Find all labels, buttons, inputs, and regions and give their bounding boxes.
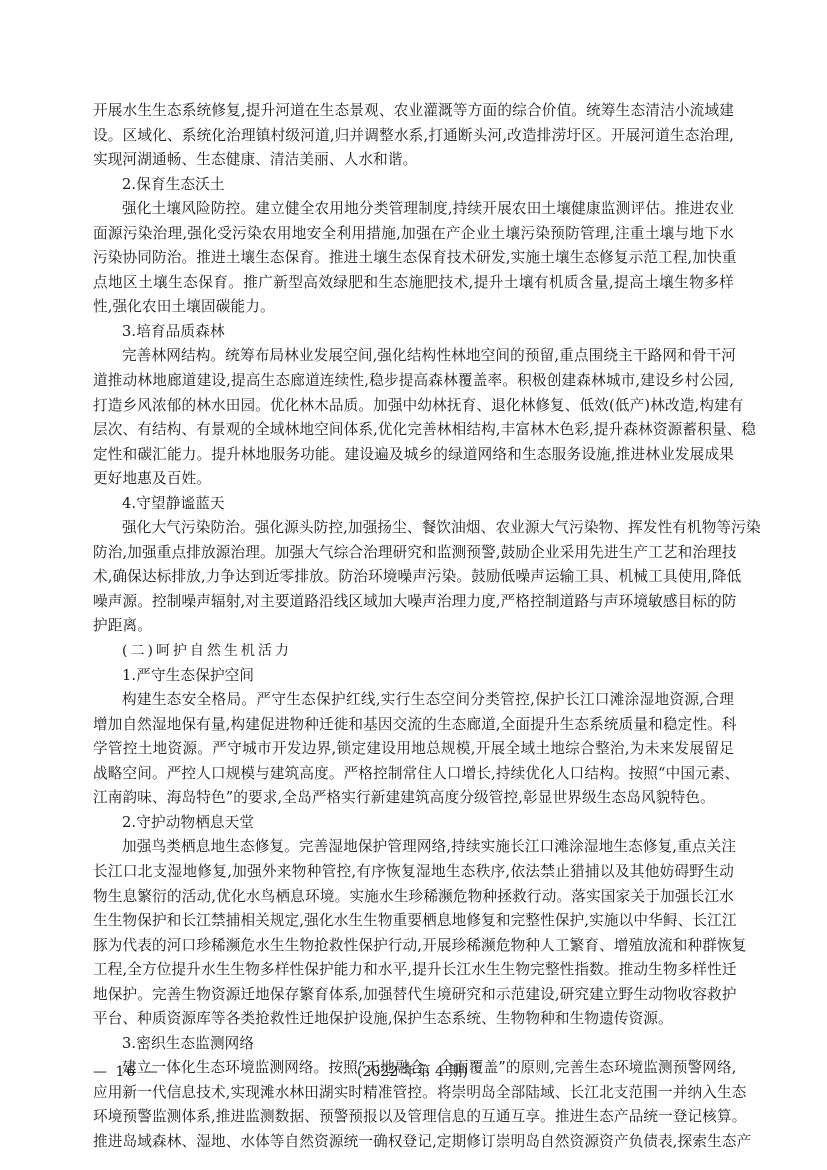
page-footer: — 16 — (2022 年第 4 期): [93, 1061, 734, 1083]
paragraph-line: 完善林网结构。统筹布局林业发展空间,强化结构性林地空间的预留,重点围绕主干路网和…: [93, 344, 734, 369]
paragraph-line: 更好地惠及百姓。: [93, 467, 734, 492]
subsection-heading: 2.守护动物栖息天堂: [93, 811, 734, 836]
subsection-heading: 4.守望静谧蓝天: [93, 492, 734, 517]
paragraph-line: 护距离。: [93, 614, 734, 639]
paragraph-line: 增加自然湿地保有量,构建促进物种迁徙和基因交流的生态廊道,全面提升生态系统质量和…: [93, 713, 734, 738]
paragraph-line: 学管控土地资源。严守城市开发边界,锁定建设用地总规模,开展全域土地综合整治,为未…: [93, 737, 734, 762]
paragraph-line: 噪声源。控制噪声辐射,对主要道路沿线区域加大噪声治理力度,严格控制道路与声环境敏…: [93, 590, 734, 615]
paragraph-line: 长江口北支湿地修复,加强外来物种管控,有序恢复湿地生态秩序,依法禁止猎捕以及其他…: [93, 860, 734, 885]
paragraph-line: 实现河湖通畅、生态健康、清洁美丽、人水和谐。: [93, 148, 734, 173]
paragraph-line: 生生物保护和长江禁捕相关规定,强化水生生物重要栖息地修复和完整性保护,实施以中华…: [93, 909, 734, 934]
subsection-heading: 2.保育生态沃土: [93, 173, 734, 198]
paragraph-line: 防治,加强重点排放源治理。加强大气综合治理研究和监测预警,鼓励企业采用先进生产工…: [93, 541, 734, 566]
document-body: 开展水生生态系统修复,提升河道在生态景观、农业灌溉等方面的综合价值。统筹生态清洁…: [93, 99, 734, 1155]
paragraph-line: 环境预警监测体系,推进监测数据、预警预报以及管理信息的互通互享。推进生态产品统一…: [93, 1105, 734, 1130]
paragraph-line: 工程,全方位提升水生生物多样性保护能力和水平,提升长江水生生物完整性指数。推动生…: [93, 958, 734, 983]
paragraph-line: 层次、有结构、有景观的全域林地空间体系,优化完善林相结构,丰富林木色彩,提升森林…: [93, 418, 734, 443]
paragraph-line: 地保护。完善生物资源迁地保存繁育体系,加强替代生境研究和示范建设,研究建立野生动…: [93, 983, 734, 1008]
paragraph-line: 加强鸟类栖息地生态修复。完善湿地保护管理网络,持续实施长江口滩涂湿地生态修复,重…: [93, 835, 734, 860]
paragraph-line: 强化大气污染防治。强化源头防控,加强扬尘、餐饮油烟、农业源大气污染物、挥发性有机…: [93, 516, 734, 541]
subsection-heading: 1.严守生态保护空间: [93, 664, 734, 689]
section-heading: (二)呵护自然生机活力: [93, 639, 734, 664]
subsection-heading: 3.密织生态监测网络: [93, 1032, 734, 1057]
paragraph-line: 战略空间。严控人口规模与建筑高度。严格控制常住人口增长,持续优化人口结构。按照“…: [93, 762, 734, 787]
paragraph-line: 打造乡风浓郁的林水田园。优化林木品质。加强中幼林抚育、退化林修复、低效(低产)林…: [93, 394, 734, 419]
paragraph-line: 道推动林地廊道建设,提高生态廊道连续性,稳步提高森林覆盖率。积极创建森林城市,建…: [93, 369, 734, 394]
paragraph-line: 强化土壤风险防控。建立健全农用地分类管理制度,持续开展农田土壤健康监测评估。推进…: [93, 197, 734, 222]
paragraph-line: 江南韵味、海岛特色”的要求,全岛严格实行新建建筑高度分级管控,彰显世界级生态岛风…: [93, 786, 734, 811]
subsection-heading: 3.培育品质森林: [93, 320, 734, 345]
paragraph-line: 豚为代表的河口珍稀濒危水生生物抢救性保护行动,开展珍稀濒危物种人工繁育、增殖放流…: [93, 934, 734, 959]
paragraph-line: 面源污染治理,强化受污染农用地安全利用措施,加强在产企业土壤污染预防管理,注重土…: [93, 222, 734, 247]
paragraph-line: 开展水生生态系统修复,提升河道在生态景观、农业灌溉等方面的综合价值。统筹生态清洁…: [93, 99, 734, 124]
paragraph-line: 定性和碳汇能力。提升林地服务功能。建设遍及城乡的绿道网络和生态服务设施,推进林业…: [93, 443, 734, 468]
paragraph-line: 构建生态安全格局。严守生态保护红线,实行生态空间分类管控,保护长江口滩涂湿地资源…: [93, 688, 734, 713]
issue-label: (2022 年第 4 期): [357, 1061, 468, 1083]
paragraph-line: 术,确保达标排放,力争达到近零排放。防治环境噪声污染。鼓励低噪声运输工具、机械工…: [93, 565, 734, 590]
paragraph-line: 物生息繁衍的活动,优化水鸟栖息环境。实施水生珍稀濒危物种拯救行动。落实国家关于加…: [93, 885, 734, 910]
paragraph-line: 应用新一代信息技术,实现滩水林田湖实时精准管控。将崇明岛全部陆域、长江北支范围一…: [93, 1081, 734, 1106]
paragraph-line: 推进岛域森林、湿地、水体等自然资源统一确权登记,定期修订崇明岛自然资源资产负债表…: [93, 1130, 734, 1155]
page-number: — 16 —: [93, 1061, 160, 1083]
paragraph-line: 设。区域化、系统化治理镇村级河道,归并调整水系,打通断头河,改造排涝圩区。开展河…: [93, 124, 734, 149]
paragraph-line: 点地区土壤生态保育。推广新型高效绿肥和生态施肥技术,提升土壤有机质含量,提高土壤…: [93, 271, 734, 296]
paragraph-line: 污染协同防治。推进土壤生态保育。推进土壤生态保育技术研发,实施土壤生态修复示范工…: [93, 246, 734, 271]
paragraph-line: 性,强化农田土壤固碳能力。: [93, 295, 734, 320]
paragraph-line: 平台、种质资源库等各类抢救性迁地保护设施,保护生态系统、生物物种和生物遗传资源。: [93, 1007, 734, 1032]
